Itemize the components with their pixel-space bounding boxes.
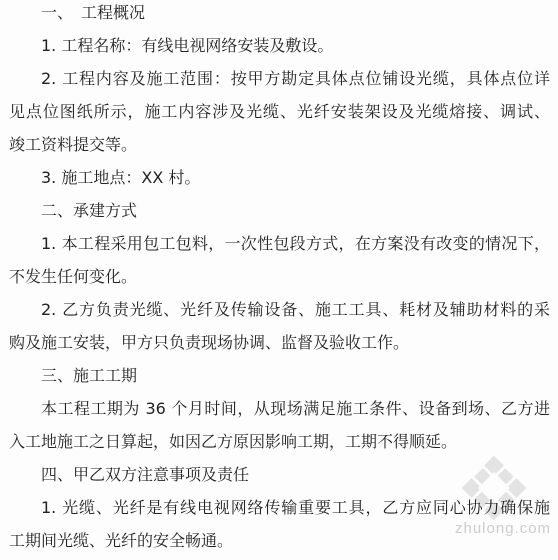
section-heading: 三、施工工期: [9, 359, 550, 392]
doc-line: 2. 乙方负责光缆、光纤及传输设备、施工工具、耗材及辅助材料的采: [9, 293, 550, 326]
document-page: { "theme": { "background": "#fdfdfd", "t…: [0, 0, 558, 560]
doc-line: 竣工资料提交等。: [9, 128, 550, 161]
doc-line: 工期间光缆、光纤的安全畅通。: [9, 524, 550, 557]
doc-line: 2. 工程内容及施工范围：按甲方勘定具体点位铺设光缆，具体点位详: [9, 62, 550, 95]
document-body: 一、 工程概况1. 工程名称：有线电视网络安装及敷设。2. 工程内容及施工范围：…: [9, 0, 550, 557]
section-heading: 四、甲乙双方注意事项及责任: [9, 458, 550, 491]
doc-line: 入工地施工之日算起，如因乙方原因影响工期，工期不得顺延。: [9, 425, 550, 458]
doc-line: 见点位图纸所示，施工内容涉及光缆、光纤安装架设及光缆熔接、调试、: [9, 95, 550, 128]
section-heading: 二、承建方式: [9, 194, 550, 227]
doc-line: 3. 施工地点：XX 村。: [9, 161, 550, 194]
doc-line: 1. 光缆、光纤是有线电视网络传输重要工具，乙方应同心协力确保施: [9, 491, 550, 524]
doc-line: 1. 工程名称：有线电视网络安装及敷设。: [9, 29, 550, 62]
doc-line: 不发生任何变化。: [9, 260, 550, 293]
section-heading: 一、 工程概况: [9, 0, 550, 29]
doc-line: 1. 本工程采用包工包料，一次性包段方式，在方案没有改变的情况下，: [9, 227, 550, 260]
doc-line: 购及施工安装，甲方只负责现场协调、监督及验收工作。: [9, 326, 550, 359]
doc-line: 本工程工期为 36 个月时间，从现场满足施工条件、设备到场、乙方进: [9, 392, 550, 425]
